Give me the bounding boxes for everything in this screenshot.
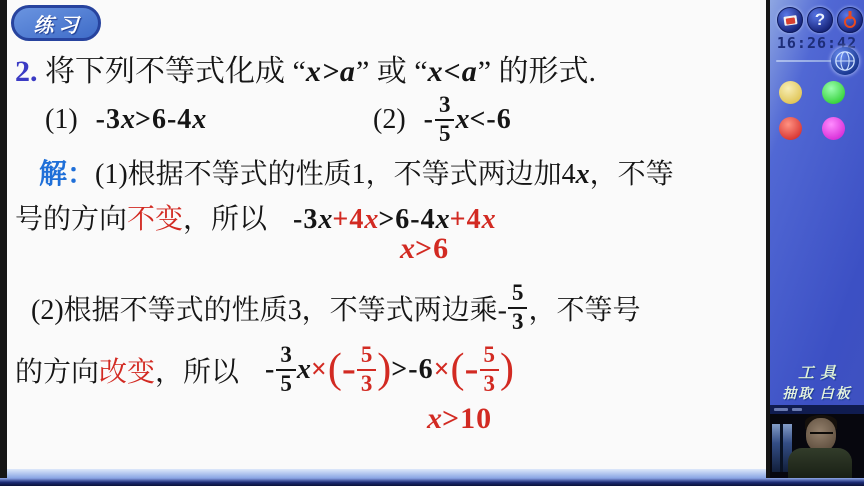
- title-expr-2: x<a: [428, 55, 478, 88]
- tools-section-items[interactable]: 抽取 白板: [770, 383, 864, 403]
- webcam-person-body: [788, 448, 852, 478]
- solution-label: 解：: [39, 159, 95, 190]
- sol2-text-b: ，所以: [183, 204, 267, 235]
- answer-1-rel: >6: [415, 232, 449, 265]
- solution-line-2: 号的方向不变，所以-3x+4x>6-4x+4x: [15, 197, 496, 237]
- eq1-add-var-2: x: [482, 204, 496, 235]
- tool-button-yellow[interactable]: [779, 81, 802, 104]
- eq2-red-fraction-1: 53: [357, 344, 376, 396]
- sol3-frac-den: 3: [512, 309, 523, 334]
- eq1-var-2: x: [436, 204, 450, 235]
- p1-var-2: x: [192, 104, 206, 136]
- eq2-sign: -: [265, 354, 275, 386]
- sol3-text-a: (2)根据不等式的性质3，不等式两边乘-: [31, 288, 507, 328]
- tool-button-magenta[interactable]: [822, 117, 845, 140]
- eq2-paren-close-2: ): [500, 351, 514, 389]
- slide-bottom-strip: [7, 469, 766, 478]
- slide-area: 练习 2. 将下列不等式化成 “x>a” 或 “x<a” 的形式. (1) -3…: [0, 0, 770, 478]
- p1-rhs: >6-4: [135, 104, 192, 136]
- eq2-paren-open-1: (-: [328, 351, 356, 389]
- app-window: 练习 2. 将下列不等式化成 “x>a” 或 “x<a” 的形式. (1) -3…: [0, 0, 864, 486]
- sol3-text-b: ，不等号: [528, 288, 640, 328]
- answer-2-var: x: [427, 402, 442, 435]
- network-button[interactable]: [831, 47, 859, 75]
- help-icon: ?: [815, 10, 825, 30]
- title-text-3: 的形式.: [499, 55, 597, 88]
- eq1-var-1: x: [318, 204, 332, 235]
- eq1-rhs: >6-4: [378, 204, 435, 235]
- help-button[interactable]: ?: [807, 7, 833, 33]
- volume-slider[interactable]: [776, 60, 832, 62]
- sol1-var: x: [576, 159, 590, 190]
- tool-button-red[interactable]: [779, 117, 802, 140]
- webcam-person-glasses: [810, 432, 833, 437]
- eq2-frac-den: 5: [280, 371, 291, 396]
- answer-1: x>6: [400, 232, 449, 266]
- eq1-add-var-1: x: [364, 204, 378, 235]
- practice-badge: 练习: [11, 5, 101, 41]
- sol3-fraction: 53: [508, 282, 527, 334]
- p1-var-1: x: [121, 104, 135, 136]
- problem-1: (1) -3x>6-4x: [45, 92, 206, 148]
- eq2-red-frac-num-2: 5: [480, 344, 499, 371]
- eq1-add-2: +4: [450, 204, 482, 235]
- p2-sign: -: [424, 104, 434, 136]
- p2-fraction: 35: [435, 94, 454, 146]
- eq2-red-frac-num-1: 5: [357, 344, 376, 371]
- eq2-paren-close-1: ): [377, 351, 391, 389]
- webcam-overlay-bar: [770, 405, 864, 414]
- eq1-add-1: +4: [332, 204, 364, 235]
- quote-open-2: “: [414, 55, 427, 88]
- practice-badge-label: 练习: [29, 9, 84, 38]
- webcam-view[interactable]: [770, 414, 864, 478]
- eq2-fraction: 35: [276, 344, 295, 396]
- tool-button-green[interactable]: [822, 81, 845, 104]
- sol3-frac-num: 5: [508, 282, 527, 309]
- answer-1-var: x: [400, 232, 415, 265]
- sol4-highlight: 改变: [99, 350, 155, 390]
- problem-number: 2.: [15, 55, 38, 88]
- eq2-frac-num: 3: [276, 344, 295, 371]
- p2-frac-num: 3: [435, 94, 454, 121]
- sol2-text-a: 号的方向: [15, 204, 127, 235]
- eq1-coef: -3: [293, 204, 318, 235]
- title-text-2: 或: [377, 55, 407, 88]
- sol4-text-b: ，所以: [155, 350, 239, 390]
- sol1-text-a: (1)根据不等式的性质1，不等式两边加4: [95, 159, 576, 190]
- problem-title: 2. 将下列不等式化成 “x>a” 或 “x<a” 的形式.: [15, 46, 596, 90]
- quote-close-1: ”: [356, 55, 369, 88]
- power-button[interactable]: [837, 7, 863, 33]
- problem-1-label: (1): [45, 104, 78, 136]
- problem-2-label: (2): [373, 104, 406, 136]
- eq2-paren-open-2: (-: [451, 351, 479, 389]
- sol1-text-b: ，不等: [590, 159, 674, 190]
- tools-section-title: 工具: [770, 360, 864, 383]
- answer-2: x>10: [427, 402, 492, 436]
- eq2-red-frac-den-1: 3: [361, 371, 372, 396]
- problem-2: (2) -35x<-6: [373, 92, 512, 148]
- quote-open-1: “: [293, 55, 306, 88]
- solution-line-1: 解：(1)根据不等式的性质1，不等式两边加4x，不等: [39, 152, 674, 192]
- quote-close-2: ”: [478, 55, 491, 88]
- sol2-highlight: 不变: [127, 204, 183, 235]
- solution-line-3: (2)根据不等式的性质3，不等式两边乘-53，不等号: [31, 278, 640, 338]
- bottom-bar: [0, 478, 864, 486]
- files-icon: [783, 15, 797, 26]
- p2-frac-den: 5: [439, 121, 450, 146]
- eq2-times-2: ×: [434, 354, 451, 386]
- eq2-red-fraction-2: 53: [480, 344, 499, 396]
- title-text-1: 将下列不等式化成: [45, 55, 285, 88]
- power-icon: [844, 16, 856, 28]
- eq2-rhs: >-6: [391, 354, 433, 386]
- p2-rhs: <-6: [469, 104, 511, 136]
- files-button[interactable]: [777, 7, 803, 33]
- answer-2-rel: >10: [442, 402, 492, 435]
- globe-icon: [834, 50, 856, 72]
- title-expr-1: x>a: [306, 55, 356, 88]
- sol4-text-a: 的方向: [15, 350, 99, 390]
- eq2-var: x: [297, 354, 311, 386]
- solution-line-4: 的方向改变，所以-35x×(-53)>-6×(-53): [15, 340, 514, 400]
- p2-var: x: [455, 104, 469, 136]
- eq2-red-frac-den-2: 3: [484, 371, 495, 396]
- p1-coef: -3: [96, 104, 121, 136]
- eq2-times-1: ×: [311, 354, 328, 386]
